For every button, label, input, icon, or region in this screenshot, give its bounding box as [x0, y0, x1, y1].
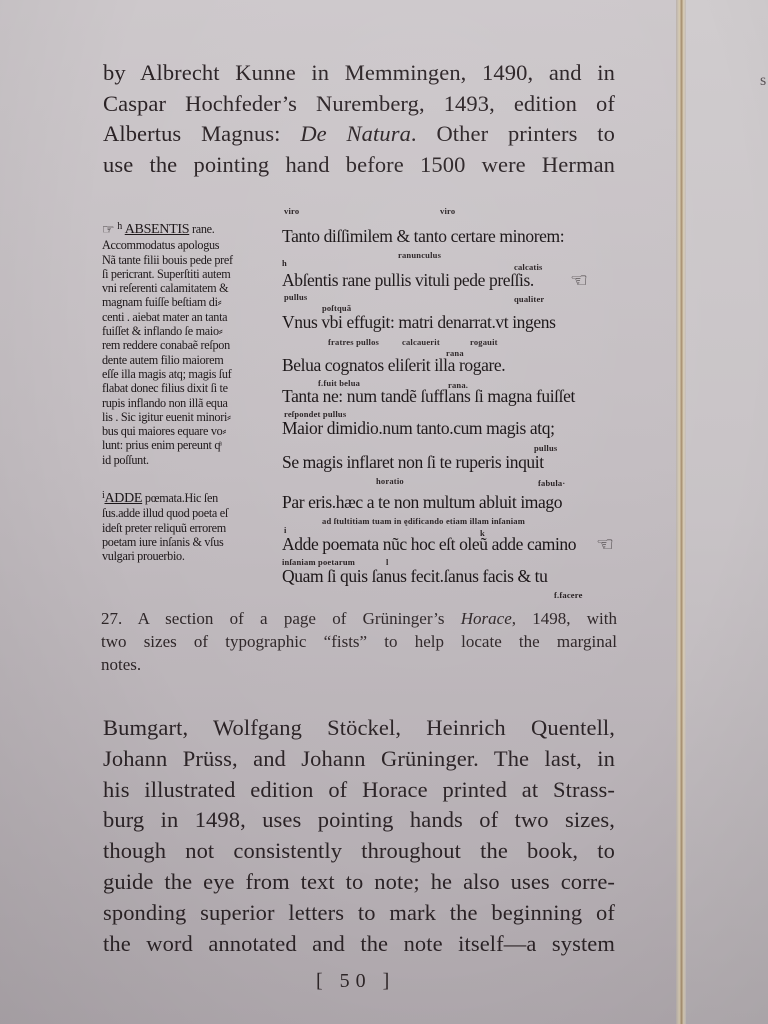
note-line: lunt: prius enim pereunt qͣ [102, 438, 270, 452]
note-line: poetam iure inſanis & vſus [102, 535, 270, 549]
text-line: Bumgart, Wolfgang Stöckel, Heinrich Quen… [103, 713, 615, 744]
interlinear-gloss: f.facere [554, 590, 583, 600]
note-lemma: ADDE [104, 491, 142, 506]
note-line: lis . Sic igitur euenit minori⸗ [102, 410, 270, 424]
bottom-paragraph: Bumgart, Wolfgang Stöckel, Heinrich Quen… [103, 713, 615, 959]
text-line: by Albrecht Kunne in Memmingen, 1490, an… [103, 58, 615, 89]
verse-line: Quam ſi quis ſanus fecit.ſanus facis & t… [282, 566, 548, 587]
note-line: dente autem filio maiorem [102, 353, 270, 367]
note-line: id poſſunt. [102, 453, 270, 467]
superior-letter: h [117, 221, 122, 232]
interlinear-gloss: ranunculus [398, 250, 441, 260]
verse-line: Belua cognatos eliſerit illa rogare. [282, 355, 505, 376]
note-line: ſus.adde illud quod poeta eſ [102, 506, 270, 520]
interlinear-gloss: fratres pullos [328, 337, 379, 347]
note-line: vni reſerenti calamitatem & [102, 281, 270, 295]
text-line: burg in 1498, uses pointing hands of two… [103, 805, 615, 836]
text-segment: 27. A section of a page of Grüninger’s [101, 609, 461, 628]
note-lemma: ABSENTIS [125, 222, 190, 237]
adjacent-page [686, 0, 768, 1024]
interlinear-gloss: fabula· [538, 478, 565, 488]
caption-line: notes. [101, 653, 617, 676]
text-line: though not consistently throughout the b… [103, 836, 615, 867]
superior-letter: h [282, 258, 287, 268]
text-line: his illustrated edition of Horace printe… [103, 775, 615, 806]
note-lemma-rest: rane. [189, 222, 214, 236]
note-line: Accommodatus apologus [102, 238, 270, 252]
note-line: ſi pericrant. Superſtiti autem [102, 267, 270, 281]
verse-line: Maior dimidio.num tanto.cum magis atq; [282, 418, 555, 439]
figure-caption: 27. A section of a page of Grüninger’s H… [101, 607, 617, 676]
note-line: magnam fuiſſe beſtiam di⸗ [102, 295, 270, 309]
page-number: [ 50 ] [316, 970, 395, 993]
text-line: Johann Prüss, and Johann Grüninger. The … [103, 744, 615, 775]
text-line: Albertus Magnus: De Natura. Other printe… [103, 119, 615, 150]
note-line: fuiſſet & inflando ſe maio⸗ [102, 324, 270, 338]
interlinear-gloss: viro [440, 206, 455, 216]
text-segment: , 1498, with [512, 609, 617, 628]
verse-line: Par eris.hæc a te non multum abluit imag… [282, 492, 562, 513]
note-line: rupis inflando non illã equa [102, 396, 270, 410]
note-line: rem reddere conabaẽ reſpon [102, 338, 270, 352]
text-segment: . Other printers to [411, 121, 615, 146]
text-line: Caspar Hochfeder’s Nuremberg, 1493, edit… [103, 89, 615, 120]
text-line: sponding superior letters to mark the be… [103, 898, 615, 929]
note-lemma-rest: pœmata.Hic ſen [142, 491, 218, 505]
verse-line: Abſentis rane pullis vituli pede preſſis… [282, 270, 534, 291]
book-title-italic: De Natura [300, 121, 411, 146]
note-line: bus qui maiores equare vo⸗ [102, 424, 270, 438]
note-line: vulgari prouerbio. [102, 549, 270, 563]
interlinear-gloss: pullus [284, 292, 307, 302]
interlinear-gloss: horatio [376, 476, 404, 486]
verse-line: Tanta ne: num tandẽ ſufflans ſi magna fu… [282, 386, 575, 407]
note-line: Nã tante filii bouis pede pref [102, 253, 270, 267]
pointing-hand-icon: ☞ [102, 224, 114, 238]
note-line: ideſt preter reliquũ errorem [102, 521, 270, 535]
pointing-hand-icon: ☜ [596, 532, 614, 557]
interlinear-gloss: rogauit [470, 337, 498, 347]
verse-line: Adde poemata nũc hoc eſt oleũ adde camin… [282, 534, 576, 555]
note-line: centi . aiebat mater an tanta [102, 310, 270, 324]
text-line: guide the eye from text to note; he also… [103, 867, 615, 898]
book-title-italic: Horace [461, 609, 512, 628]
interlinear-gloss: ad ſtultitiam tuam in ędificando etiam i… [322, 516, 525, 526]
incunable-figure: ☞h ABSENTIS rane. Accommodatus apologus … [98, 200, 618, 600]
verse-text: viro viro Tanto diſſimilem & tanto certa… [282, 200, 618, 600]
page-fore-edge [676, 0, 686, 1024]
caption-line: 27. A section of a page of Grüninger’s H… [101, 607, 617, 630]
note-heading: iADDE pœmata.Hic ſen [102, 489, 270, 506]
caption-line: two sizes of typographic “fists” to help… [101, 630, 617, 653]
adjacent-page-text: s [760, 72, 766, 90]
note-line: eſſe illa magis atq; magis ſuf [102, 367, 270, 381]
verse-line: Vnus vbi effugit: matri denarrat.vt inge… [282, 312, 556, 333]
verse-line: Tanto diſſimilem & tanto certare minorem… [282, 226, 564, 247]
interlinear-gloss: calcauerit [402, 337, 440, 347]
book-page: by Albrecht Kunne in Memmingen, 1490, an… [0, 0, 682, 1024]
spacer [102, 467, 270, 489]
text-line: use the pointing hand before 1500 were H… [103, 150, 615, 181]
marginal-notes: ☞h ABSENTIS rane. Accommodatus apologus … [102, 220, 270, 564]
interlinear-gloss: viro [284, 206, 299, 216]
text-line: the word annotated and the note itself—a… [103, 929, 615, 960]
interlinear-gloss: qualiter [514, 294, 544, 304]
note-heading: ☞h ABSENTIS rane. [102, 220, 270, 238]
verse-line: Se magis inflaret non ſi te ruperis inqu… [282, 452, 544, 473]
pointing-hand-icon: ☜ [570, 268, 588, 293]
text-segment: Albertus Magnus: [103, 121, 300, 146]
top-paragraph: by Albrecht Kunne in Memmingen, 1490, an… [103, 58, 615, 180]
note-line: flabat donec filius dixit ſi te [102, 381, 270, 395]
